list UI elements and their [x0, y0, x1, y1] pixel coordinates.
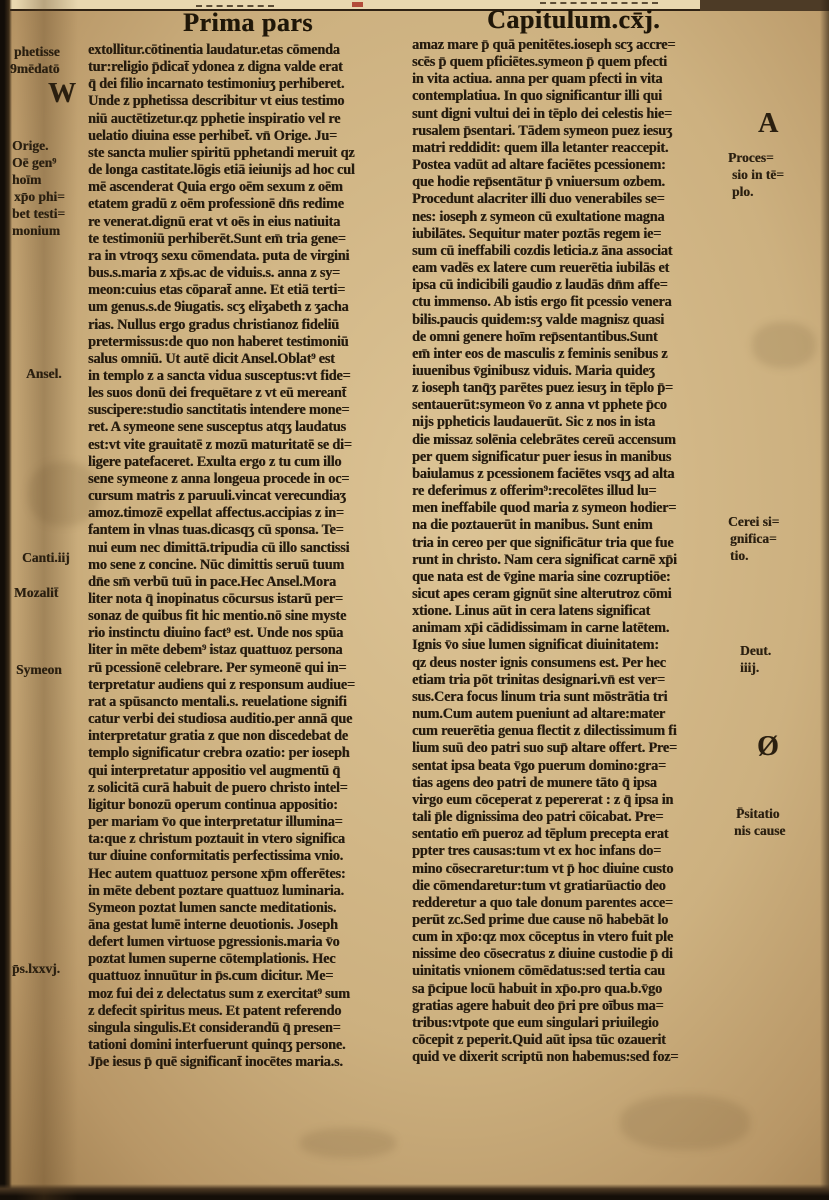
text-line: mē ascenderat Quia ergo oēm sexum z oēm — [88, 179, 412, 196]
text-line: nissime deo cōsecratus z diuine custodie… — [412, 946, 744, 963]
text-line: ppter tres causas:tum vt ex hoc infans d… — [412, 843, 744, 860]
text-line: bus.s.maria z xp̄s.ac de viduis.s. anna … — [88, 265, 412, 282]
text-line: tationi domini interfuerunt quinqʒ perso… — [88, 1037, 412, 1054]
header-ornament-dashes — [196, 5, 274, 7]
text-line: terpretatur audiens qui z responsum audi… — [88, 677, 412, 694]
text-line: que hodie rep̄sentātur p̄ vniuersum ozbe… — [412, 174, 744, 191]
text-line: rias. Nullus ergo gradus christianoz fid… — [88, 317, 412, 334]
text-line: liter in mēte debem⁹ istaz quattuoz pers… — [88, 642, 412, 659]
margin-note: Oē gen⁹ — [12, 155, 56, 171]
text-line: ipsa cū indicibili gaudio z laudās dn̄m … — [412, 277, 744, 294]
margin-initial: Ø — [757, 733, 779, 761]
parchment-stain — [620, 1095, 750, 1150]
text-line: Hec autem quattuoz persone xp̄m offerēte… — [88, 866, 412, 883]
margin-note: 9mēdatō — [10, 61, 60, 77]
text-line: rusalem p̄sentari. Tādem symeon puez ies… — [412, 123, 744, 140]
margin-note: nis cause — [734, 823, 785, 839]
text-line: de longa castitate.lōgis etiā ieiunijs a… — [88, 162, 412, 179]
text-line: ste sancta mulier spiritū pphetandi meru… — [88, 145, 412, 162]
text-line: etatem gradū z oēm professionē dn̄s redi… — [88, 196, 412, 213]
text-line: na die poztauerūt in manibus. Sunt enim — [412, 517, 744, 534]
text-line: moz fui dei z delectatus sum z exercitat… — [88, 986, 412, 1003]
text-line: uinitatis vnionem cōmēdatus:sed tertia c… — [412, 963, 744, 980]
text-line: redderetur a quo tale donum parentes acc… — [412, 895, 744, 912]
text-line: num.Cum autem pueniunt ad altare:mater — [412, 706, 744, 723]
margin-note: Cerei si= — [728, 514, 779, 530]
text-line: die cōmendaretur:tum vt gratiarūactio de… — [412, 878, 744, 895]
book-page-scan: Prima pars Capitulum.cx̄j. extollitur.cō… — [0, 0, 829, 1200]
text-line: te testimoniū perhiberēt.Sunt em̄ tria g… — [88, 231, 412, 248]
margin-note: Deut. — [740, 643, 771, 659]
text-line: ctu immenso. Ab istis ergo fit pcessio v… — [412, 294, 744, 311]
margin-note: bet testi= — [12, 206, 65, 222]
text-line: q̄ dei filio incarnato testimoniuʒ perhi… — [88, 76, 412, 93]
text-line: xtione. Linus aūt in cera latens signifi… — [412, 603, 744, 620]
text-line: matri reddidit: quem illa letanter reacc… — [412, 140, 744, 157]
text-line: poztat lumen superne cōtemplationis. Hec — [88, 951, 412, 968]
page-edge-right — [820, 0, 829, 1200]
text-column-left: extollitur.cōtinentia laudatur.etas cōme… — [88, 42, 412, 1071]
text-line: cōcepit z peperit.Quid aūt ipsa tūc ozau… — [412, 1032, 744, 1049]
text-line: sentat ipsa beata v̄go puerum domino:gra… — [412, 758, 744, 775]
text-line: liter nota q̄ inopinatus cōcursus istarū… — [88, 591, 412, 608]
text-line: nui eum nec dimittā.tripudia cū illo san… — [88, 540, 412, 557]
margin-note: iiij. — [740, 660, 759, 676]
text-line: cursum matris z paruuli.vincat verecundi… — [88, 488, 412, 505]
text-line: eam vadēs ex latere cum reuerētia iubilā… — [412, 260, 744, 277]
text-line: ligitur bonozū operum continua appositio… — [88, 797, 412, 814]
text-line: sum cū ineffabili cozdis leticia.z āna a… — [412, 243, 744, 260]
text-line: nijs ppheticis laudauerūt. Sic z nos in … — [412, 414, 744, 431]
text-line: tria in cereo per que significātur tria … — [412, 535, 744, 552]
margin-note: plo. — [732, 184, 753, 200]
text-line: perūt zc.Sed prime due cause nō habebāt … — [412, 912, 744, 929]
text-line: quattuoz innuūtur in p̄s.cum dicitur. Me… — [88, 968, 412, 985]
text-line: est:vt vite grauitatē z mozū maturitatē … — [88, 437, 412, 454]
margin-note: hoīm — [12, 172, 41, 188]
header-ornament-dashes — [540, 2, 658, 4]
text-line: uelatio diuina esse perhibet̄. vn̄ Orige… — [88, 128, 412, 145]
ink-showthrough-blot — [752, 322, 816, 368]
text-line: extollitur.cōtinentia laudatur.etas cōme… — [88, 42, 412, 59]
text-line: iubilātes. Sequitur mater poztās regem i… — [412, 226, 744, 243]
text-line: per quem significatur puer iesus in mani… — [412, 449, 744, 466]
text-line: qz deus noster ignis consumens est. Per … — [412, 655, 744, 672]
text-line: sa p̄cipue locū habuit in xp̄o.pro qua.b… — [412, 981, 744, 998]
text-line: defert lumen virtuose pgressionis.maria … — [88, 934, 412, 951]
text-line: scēs p̄ quem pficiētes.symeon p̄ quem pf… — [412, 54, 744, 71]
text-line: um genus.s.de 9iugatis. scʒ eliʒabeth z … — [88, 299, 412, 316]
text-line: men ineffabile quod maria z symeon hodie… — [412, 500, 744, 517]
text-line: die missaz solēnia celebrātes cereū acce… — [412, 432, 744, 449]
margin-note: sio in tē= — [732, 167, 784, 183]
text-line: etiam tria pōt trinitas designari.vn̄ es… — [412, 672, 744, 689]
text-line: per mariam v̄o que interpretatur illumin… — [88, 814, 412, 831]
text-line: cum in xp̄o:qz mox cōceptus in vtero fui… — [412, 929, 744, 946]
text-line: in vita actiua. anna per quam pfecti in … — [412, 71, 744, 88]
text-line: amoz.timozē expellat affectus.accipias z… — [88, 505, 412, 522]
text-line: amaz mare p̄ quā penitētes.ioseph scʒ ac… — [412, 37, 744, 54]
text-line: dn̄e sm̄ verbū tuū in pace.Hec Ansel.Mor… — [88, 574, 412, 591]
text-line: fantem in vlnas tuas.dicasqʒ cū sponsa. … — [88, 522, 412, 539]
text-line: re deferimus z offerim⁹:recolētes illud … — [412, 483, 744, 500]
text-line: in mēte debent poztare quattuoz luminari… — [88, 883, 412, 900]
margin-note: Symeon — [16, 662, 62, 678]
text-line: mino cōsecraretur:tum vt p̄ hoc diuine c… — [412, 861, 744, 878]
red-ink-mark — [352, 2, 363, 7]
running-title-left: Prima pars — [183, 8, 313, 38]
margin-note: tio. — [730, 548, 748, 564]
margin-note: monium — [12, 223, 60, 239]
margin-note: xp̄o phi= — [14, 189, 65, 205]
text-line: ret. A symeone sene susceptus atqʒ lauda… — [88, 419, 412, 436]
text-line: ta:que z christum poztauit in vtero sign… — [88, 831, 412, 848]
text-line: tribus:vtpote que eum singulari priuileg… — [412, 1015, 744, 1032]
margin-initial: W — [48, 80, 76, 108]
margin-note: Ansel. — [26, 366, 62, 382]
text-line: ra in vtroqʒ sexu cōmendata. puta de vir… — [88, 248, 412, 265]
text-column-right: amaz mare p̄ quā penitētes.ioseph scʒ ac… — [412, 37, 744, 1066]
text-line: in templo z a sancta vidua susceptus:vt … — [88, 368, 412, 385]
text-line: iuuenibus v̄ginibusz viduis. Maria quide… — [412, 363, 744, 380]
text-line: lium suū deo patri suo sup̄ altare offer… — [412, 740, 744, 757]
text-line: Procedunt alacriter illi duo venerabiles… — [412, 191, 744, 208]
text-line: contemplatiua. In quo significantur illi… — [412, 88, 744, 105]
text-line: templo significatur crebra ozatio: per i… — [88, 745, 412, 762]
text-line: salus omniū. Ut autē dicit Ansel.Oblat⁹ … — [88, 351, 412, 368]
text-line: que nata est de v̄gine maria sine cozrup… — [412, 569, 744, 586]
text-line: tias agens deo patri de munere tāto q̄ i… — [412, 775, 744, 792]
chapter-heading: Capitulum.cx̄j. — [487, 5, 660, 35]
text-line: tali p̄le dignissima deo patri cōicabat.… — [412, 809, 744, 826]
text-line: Symeon poztat lumen sancte meditationis. — [88, 900, 412, 917]
margin-note: gnifica= — [730, 531, 777, 547]
text-line: sus.Cera focus linum tria sunt mōstrātia… — [412, 689, 744, 706]
text-line: baiulamus z pcessionem faciētes vsqʒ ad … — [412, 466, 744, 483]
text-line: sentauerūt:symeon v̄o z anna vt pphete p… — [412, 397, 744, 414]
text-line: interpretatur gratia z que non discedeba… — [88, 728, 412, 745]
text-line: cum reuerētia genua flectit z dilectissi… — [412, 723, 744, 740]
text-line: de omni genere hoīm rep̄sentantibus.Sunt — [412, 329, 744, 346]
margin-note: Mozalit̄ — [14, 585, 58, 601]
text-line: meon:cuius etas cōparat̄ anne. Et etiā t… — [88, 282, 412, 299]
margin-note: Canti.iij — [22, 550, 70, 566]
text-line: Jp̄e iesus p̄ quē significant̄ inocētes … — [88, 1054, 412, 1071]
text-line: quid ve dixerit scriptū non habemus:sed … — [412, 1049, 744, 1066]
text-line: Ignis v̄o siue lumen significat diuinita… — [412, 637, 744, 654]
text-line: z solicitā curā habuit de puero christo … — [88, 780, 412, 797]
margin-note: phetisse — [14, 44, 60, 60]
text-line: nes: ioseph z symeon cū exultatione magn… — [412, 209, 744, 226]
text-line: Postea vadūt ad altare faciētes pcession… — [412, 157, 744, 174]
text-line: tur:religio p̄dicat̄ ydonea z digna vald… — [88, 59, 412, 76]
page-edge-left — [0, 0, 12, 1200]
page-edge-bottom — [0, 1184, 829, 1200]
margin-note: p̄s.lxxvj. — [12, 961, 60, 977]
text-line: em̄ inter eos de masculis z feminis seni… — [412, 346, 744, 363]
text-line: rio instinctu diuino fact⁹ est. Unde nos… — [88, 625, 412, 642]
text-line: bilis.paucis quidem:sʒ valde magnisz qua… — [412, 312, 744, 329]
text-line: rū pcessionē celebrare. Per symeonē qui … — [88, 660, 412, 677]
text-line: virgo eum cōceperat z pepererat : z q̄ i… — [412, 792, 744, 809]
text-line: suscipere:studio sanctitatis intendere m… — [88, 402, 412, 419]
margin-note: P̄sitatio — [736, 806, 780, 822]
text-line: sene symeone z anna longeua procede in o… — [88, 471, 412, 488]
text-line: les suos donū dei frequētare z vt eū mer… — [88, 385, 412, 402]
text-line: mo sene z concine. Nūc dimittis seruū tu… — [88, 557, 412, 574]
text-line: rat a spūsancto mentali.s. reuelatione s… — [88, 694, 412, 711]
text-line: ligere patefaceret. Exulta ergo z tu cum… — [88, 454, 412, 471]
text-line: z ioseph tanq̄ʒ parētes puez iesuʒ in tē… — [412, 380, 744, 397]
text-line: singula singulis.Et considerandū q̄ pres… — [88, 1020, 412, 1037]
text-line: sentatio em̄ pueroz ad tēplum precepta e… — [412, 826, 744, 843]
text-line: sicut apes ceram gignūt sine alterutroz … — [412, 586, 744, 603]
text-line: āna gestat lumē interne deuotionis. Jose… — [88, 917, 412, 934]
text-line: qui interpretatur appositio vel augmentū… — [88, 763, 412, 780]
text-line: animam xp̄i cādidissimam in carne latēte… — [412, 620, 744, 637]
text-line: runt in christo. Nam cera significat car… — [412, 552, 744, 569]
text-line: pretermissus:de quo non haberet testimon… — [88, 334, 412, 351]
text-line: Unde z pphetissa describitur vt eius tes… — [88, 93, 412, 110]
text-line: tur diuine conformitatis perfectissima v… — [88, 848, 412, 865]
text-line: gratias agere habuit deo p̄ri pre oībus … — [412, 998, 744, 1015]
parchment-stain — [300, 1128, 396, 1158]
text-line: re venerat.dignū erat vt oēs in eius nat… — [88, 214, 412, 231]
margin-note: Proces= — [728, 150, 774, 166]
margin-initial: A — [758, 110, 778, 138]
page-top-right-shadow — [700, 0, 829, 11]
text-line: z defecit spiritus meus. Et patent refer… — [88, 1003, 412, 1020]
text-line: niū auctētizetur.qz pphetie inspiratio v… — [88, 111, 412, 128]
text-line: catur verbi dei studiosa auditio.per ann… — [88, 711, 412, 728]
margin-note: Orige. — [12, 138, 48, 154]
text-line: sonaz de quibus fit hic mentio.nō sine m… — [88, 608, 412, 625]
text-line: sunt digni vultui dei in tēplo dei celes… — [412, 106, 744, 123]
